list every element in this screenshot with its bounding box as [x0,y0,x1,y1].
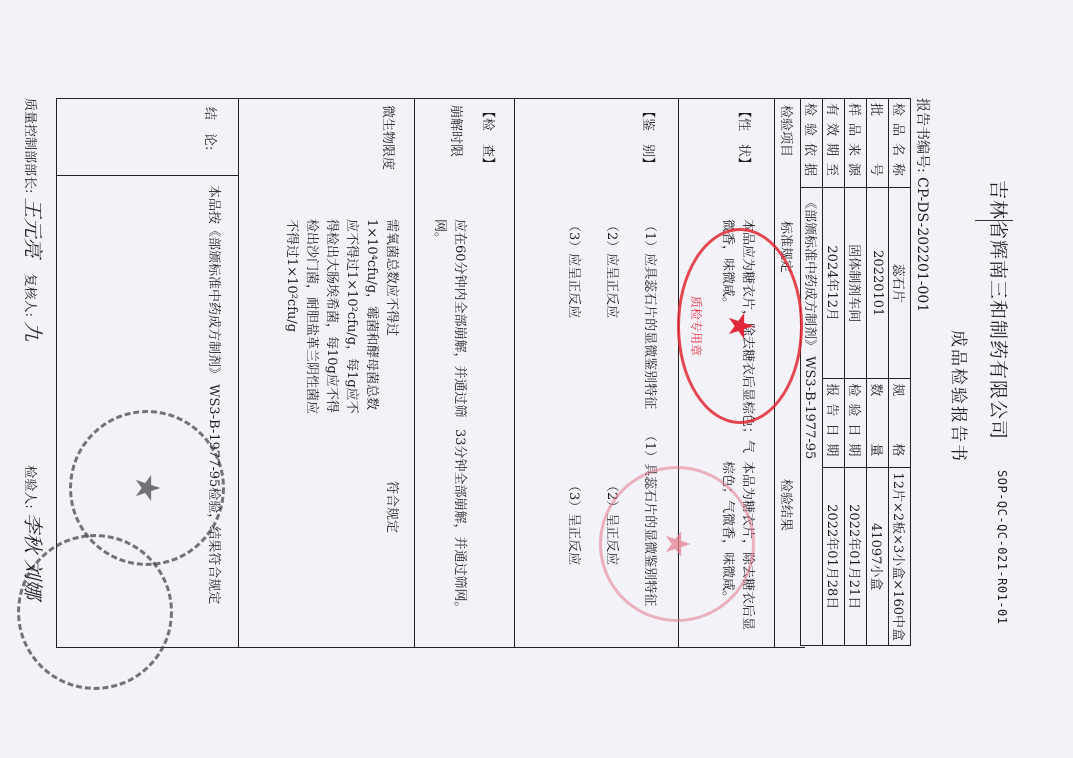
table-row: 样品来源 固体制剂车间 检验日期 2022年01月21日 [845,99,867,646]
stamp-text: 质检专用章 [688,231,705,421]
section-identification-title: 【鉴 别】 [640,105,659,170]
pink-round-stamp: ★ [599,466,755,622]
disintegration-result: 33分钟全部崩解，并通过筛网。 [449,429,469,639]
section-character-title: 【性 状】 [736,105,755,170]
divider [414,99,415,647]
identification-standard-2: （2）应呈正反应 [601,219,621,318]
inspection-report-page: 吉林省辉南三和制药有限公司 SOP-QC-QC-021-R01-01 成品检验报… [0,0,1073,758]
star-icon: ★ [127,473,167,503]
star-icon: ★ [720,311,760,341]
table-row: 批 号 20220101 数 量 41097小盒 [867,99,889,646]
divider [57,175,239,176]
reviewer-signature: 九 [21,321,45,341]
footer-signatures: 质量控制部部长: 王元亮 复核人: 九 检验人: 李秋 刘娜 [20,98,49,599]
company-seal-stamp-2 [17,534,173,690]
company-name: 吉林省辉南三和制药有限公司 [986,180,1013,440]
test-date-label: 检验日期 [845,379,867,468]
quantity-label: 数 量 [867,379,889,468]
divider [514,99,515,647]
report-number-value: CP-DS-202201-001 [914,177,930,312]
expiry-value: 2024年12月 [823,188,845,379]
spec-label: 规 格 [889,379,911,468]
report-number: 报告书编号: CP-DS-202201-001 [913,98,933,312]
product-info-table: 检品名称 蕊石片 规 格 12片×2板×3小盒×160中盒 批 号 202201… [800,98,911,646]
identification-standard-1: （1）应具蕊石片的显微鉴别特征 [639,219,659,409]
conclusion-label: 结 论: [202,107,221,150]
report-date-value: 2022年01月28日 [823,468,845,646]
test-date-value: 2022年01月21日 [845,468,867,646]
identification-result-3: （3）呈正反应 [563,479,583,565]
document-code: SOP-QC-QC-021-R01-01 [995,470,1009,625]
table-row: 检品名称 蕊石片 规 格 12片×2板×3小盒×160中盒 [889,99,911,646]
qc-head-label: 质量控制部部长: [22,98,37,193]
scan-mark [975,220,1013,221]
column-header-result: 检验结果 [778,479,797,531]
conclusion-text: 本品按《部颁标准中药成方制剂》 WS3-B-1977-95检验，结果符合规定 [203,185,223,635]
microbial-standard: 需氧菌总数应不得过1×10⁴cfu/g，霉菌和酵母菌总数应不得过1×10²cfu… [281,219,401,419]
qc-head-signature: 王元亮 [21,198,45,258]
section-inspection-title: 【检 查】 [480,105,499,170]
source-value: 固体制剂车间 [845,188,867,379]
table-row: 有效期至 2024年12月 报告日期 2022年01月28日 [823,99,845,646]
microbial-result: 符合规定 [381,481,401,533]
reviewer-label: 复核人: [22,274,37,317]
column-header-item: 检验项目 [778,105,797,157]
spec-value: 12片×2板×3小盒×160中盒 [889,468,911,646]
batch-value: 20220101 [867,188,889,379]
expiry-label: 有效期至 [823,99,845,188]
batch-label: 批 号 [867,99,889,188]
report-date-label: 报告日期 [823,379,845,468]
disintegration-standard: 应在60分钟内全部崩解，并通过筛网。 [429,219,469,419]
report-number-label: 报告书编号: [914,98,930,173]
divider [238,99,239,647]
product-name: 蕊石片 [889,188,911,379]
star-icon: ★ [657,529,697,559]
identification-standard-3: （3）应呈正反应 [563,219,583,318]
inspector-label: 检验人: [22,465,37,508]
disintegration-label: 崩解时限 [448,105,467,157]
report-title: 成品检验报告书 [948,330,973,463]
source-label: 样品来源 [845,99,867,188]
qc-red-stamp: ★ 质检专用章 [677,228,803,424]
quantity-value: 41097小盒 [867,468,889,646]
microbial-label: 微生物限度 [380,105,399,170]
product-name-label: 检品名称 [889,99,911,188]
